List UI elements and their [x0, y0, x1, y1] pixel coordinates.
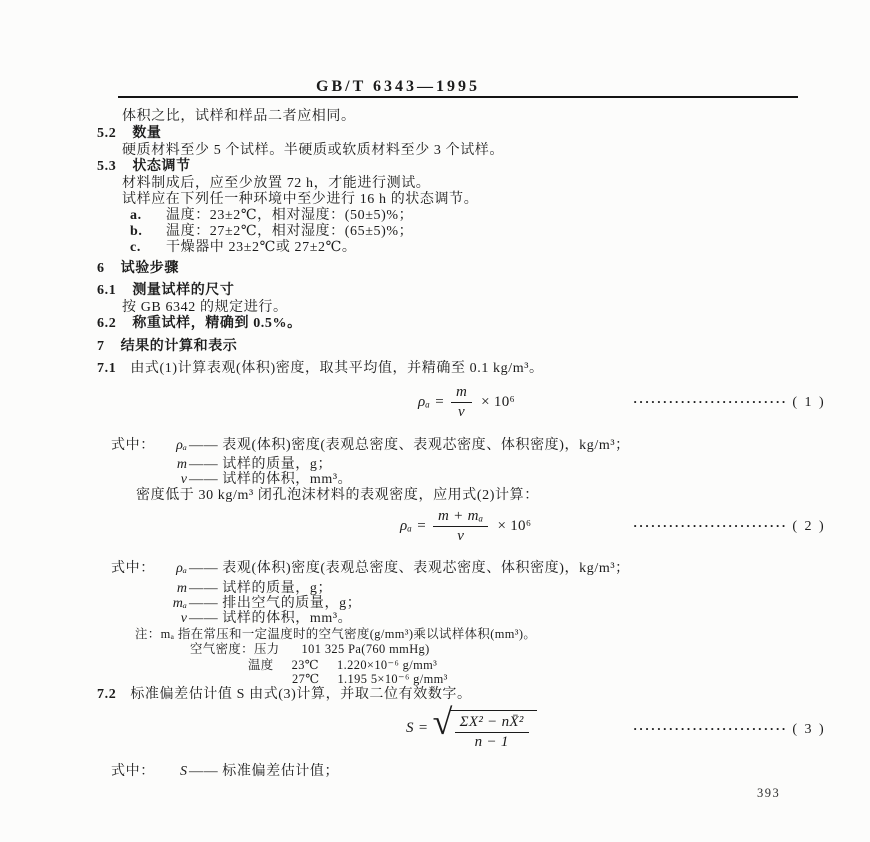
header-rule	[118, 96, 798, 98]
eq3-lhs: S	[406, 720, 414, 737]
clause-text: 由式(1)计算表观(体积)密度，取其平均值，并精确至 0.1 kg/m³。	[130, 361, 543, 376]
radical-sign: √	[433, 707, 453, 738]
clause-number: 6.2	[97, 316, 116, 331]
clause-number: 7	[97, 339, 105, 354]
air-row2-value: 1.220×10⁻⁶ g/mm³	[337, 658, 437, 672]
where-desc: —— 试样的质量，g；	[189, 581, 332, 596]
clause-title: 称重试样，精确到 0.5%。	[132, 316, 301, 331]
equals-sign: =	[419, 720, 428, 737]
item-label: a.	[130, 208, 166, 224]
where-symbol: v	[157, 472, 187, 488]
clause-6: 6试验步骤	[97, 261, 179, 277]
eq1-where-m: m—— 试样的质量，g；	[111, 457, 332, 473]
scanned-standard-page: GB/T 6343—1995 体积之比，试样和样品二者应相同。 5.2数量 硬质…	[0, 0, 870, 842]
where-desc: —— 标准偏差估计值；	[189, 764, 339, 779]
eq3-square-root: √ ΣX² − nX̄² n − 1	[433, 705, 537, 751]
eq2-denominator: v	[433, 527, 488, 545]
eq1-fraction: m v	[451, 384, 472, 421]
where-desc: —— 试样的体积，mm³。	[189, 472, 352, 487]
eq1-where-v: v—— 试样的体积，mm³。	[111, 472, 352, 488]
equals-sign: =	[435, 394, 444, 411]
leader-dots: ··························	[633, 518, 787, 533]
clause-7-1: 7.1由式(1)计算表观(体积)密度，取其平均值，并精确至 0.1 kg/m³。	[97, 361, 544, 377]
standard-number-header: GB/T 6343—1995	[316, 78, 480, 96]
where-symbol: m	[157, 581, 187, 597]
eq3-leader: ··························( 3 )	[633, 721, 826, 738]
eq2-multiplier: × 10⁶	[497, 518, 531, 535]
eq1-multiplier: × 10⁶	[481, 394, 515, 411]
item-label: c.	[130, 240, 166, 256]
low-density-paragraph: 密度低于 30 kg/m³ 闭孔泡沫材料的表观密度，应用式(2)计算：	[136, 488, 539, 504]
where-symbol: m	[157, 457, 187, 473]
note-line: 注：mₐ 指在常压和一定温度时的空气密度(g/mm³)乘以试样体积(mm³)。	[135, 627, 536, 641]
clause-5-3-body1: 材料制成后，应至少放置 72 h，才能进行测试。	[122, 176, 430, 192]
air-row2-label: 温度	[248, 658, 274, 672]
eq3-denominator: n − 1	[455, 733, 529, 751]
clause-number: 7.1	[97, 361, 116, 376]
clause-number: 7.2	[97, 687, 116, 702]
air-row3-value: 1.195 5×10⁻⁶ g/mm³	[337, 672, 447, 686]
clause-7-2: 7.2标准偏差估计值 S 由式(3)计算，并取二位有效数字。	[97, 687, 472, 703]
eq2-where-v: v—— 试样的体积，mm³。	[111, 611, 352, 627]
item-label: b.	[130, 224, 166, 240]
item-text: 温度：27±2℃，相对湿度：(65±5)%；	[166, 224, 413, 239]
clause-6-1: 6.1测量试样的尺寸	[97, 283, 235, 299]
eq2-leader: ··························( 2 )	[633, 518, 826, 535]
clause-title: 状态调节	[132, 159, 190, 174]
clause-5-2: 5.2数量	[97, 126, 162, 142]
clause-text: 标准偏差估计值 S 由式(3)计算，并取二位有效数字。	[130, 687, 471, 702]
where-desc: —— 试样的体积，mm³。	[189, 611, 352, 626]
clause-6-2: 6.2称重试样，精确到 0.5%。	[97, 316, 302, 332]
condition-item-a: a.温度：23±2℃，相对湿度：(50±5)%；	[130, 208, 413, 224]
clause-title: 数量	[132, 126, 161, 141]
eq3-fraction: ΣX² − nX̄² n − 1	[455, 714, 529, 751]
air-density-row2: 温度23℃1.220×10⁻⁶ g/mm³	[248, 658, 437, 672]
where-desc: —— 试样的质量，g；	[189, 457, 332, 472]
eq1-denominator: v	[451, 403, 472, 421]
eq2-fraction: m + mₐ v	[433, 508, 488, 545]
eq3-label: ( 3 )	[792, 722, 825, 737]
page-number: 393	[757, 786, 780, 801]
intro-paragraph: 体积之比，试样和样品二者应相同。	[122, 109, 356, 125]
where-desc: —— 表观(体积)密度(表观总密度、表观芯密度、体积密度)，kg/m³；	[189, 561, 630, 576]
eq2-where-m: m—— 试样的质量，g；	[111, 581, 332, 597]
clause-5-2-body: 硬质材料至少 5 个试样。半硬质或软质材料至少 3 个试样。	[122, 143, 504, 159]
eq1-leader: ··························( 1 )	[633, 394, 826, 411]
item-text: 温度：23±2℃，相对湿度：(50±5)%；	[166, 208, 413, 223]
where-prefix: 式中：	[111, 438, 157, 454]
clause-6-1-body: 按 GB 6342 的规定进行。	[122, 300, 288, 316]
air-row3-temp: 27℃	[292, 672, 319, 686]
clause-title: 结果的计算和表示	[121, 339, 238, 354]
eq1-numerator: m	[451, 384, 472, 403]
air-density-row3: 27℃1.195 5×10⁻⁶ g/mm³	[292, 672, 448, 686]
air-density-row1: 空气密度：压力101 325 Pa(760 mmHg)	[190, 642, 430, 656]
eq2-lhs: ρₐ	[400, 518, 412, 535]
eq1-label: ( 1 )	[792, 395, 825, 410]
eq3-numerator: ΣX² − nX̄²	[455, 714, 529, 733]
item-text: 干燥器中 23±2℃或 27±2℃。	[166, 240, 357, 255]
clause-5-3: 5.3状态调节	[97, 159, 191, 175]
leader-dots: ··························	[633, 394, 787, 409]
eq2-where-ma: mₐ—— 排出空气的质量，g；	[111, 596, 361, 612]
where-symbol: ρₐ	[157, 438, 187, 454]
where-desc: —— 表观(体积)密度(表观总密度、表观芯密度、体积密度)，kg/m³；	[189, 438, 630, 453]
where-symbol: v	[157, 611, 187, 627]
where-desc: —— 排出空气的质量，g；	[189, 596, 361, 611]
where-symbol: mₐ	[157, 596, 187, 612]
clause-7: 7结果的计算和表示	[97, 339, 237, 355]
where-prefix: 式中：	[111, 561, 157, 577]
clause-number: 5.2	[97, 126, 116, 141]
clause-number: 6	[97, 261, 105, 276]
condition-item-c: c.干燥器中 23±2℃或 27±2℃。	[130, 240, 357, 256]
leader-dots: ··························	[633, 721, 787, 736]
clause-title: 测量试样的尺寸	[132, 283, 234, 298]
clause-number: 6.1	[97, 283, 116, 298]
eq2-where-rho: 式中：ρₐ—— 表观(体积)密度(表观总密度、表观芯密度、体积密度)，kg/m³…	[111, 561, 630, 577]
where-symbol: S	[157, 764, 187, 780]
eq3-where-s: 式中：S—— 标准偏差估计值；	[111, 764, 339, 780]
equation-2: ρₐ = m + mₐ v × 10⁶	[400, 508, 531, 545]
air-row1-label: 空气密度：压力	[190, 642, 280, 656]
clause-number: 5.3	[97, 159, 116, 174]
under-root: ΣX² − nX̄² n − 1	[450, 710, 537, 751]
equals-sign: =	[417, 518, 426, 535]
condition-item-b: b.温度：27±2℃，相对湿度：(65±5)%；	[130, 224, 413, 240]
eq2-label: ( 2 )	[792, 519, 825, 534]
where-symbol: ρₐ	[157, 561, 187, 577]
clause-5-3-body2: 试样应在下列任一种环境中至少进行 16 h 的状态调节。	[122, 192, 478, 208]
equation-1: ρₐ = m v × 10⁶	[418, 384, 515, 421]
where-prefix: 式中：	[111, 764, 157, 780]
air-row1-value: 101 325 Pa(760 mmHg)	[302, 642, 430, 656]
eq2-numerator: m + mₐ	[433, 508, 488, 527]
air-row2-temp: 23℃	[292, 658, 319, 672]
equation-3: S = √ ΣX² − nX̄² n − 1	[406, 705, 537, 751]
clause-title: 试验步骤	[121, 261, 179, 276]
eq1-where-rho: 式中：ρₐ—— 表观(体积)密度(表观总密度、表观芯密度、体积密度)，kg/m³…	[111, 438, 630, 454]
eq1-lhs: ρₐ	[418, 394, 430, 411]
